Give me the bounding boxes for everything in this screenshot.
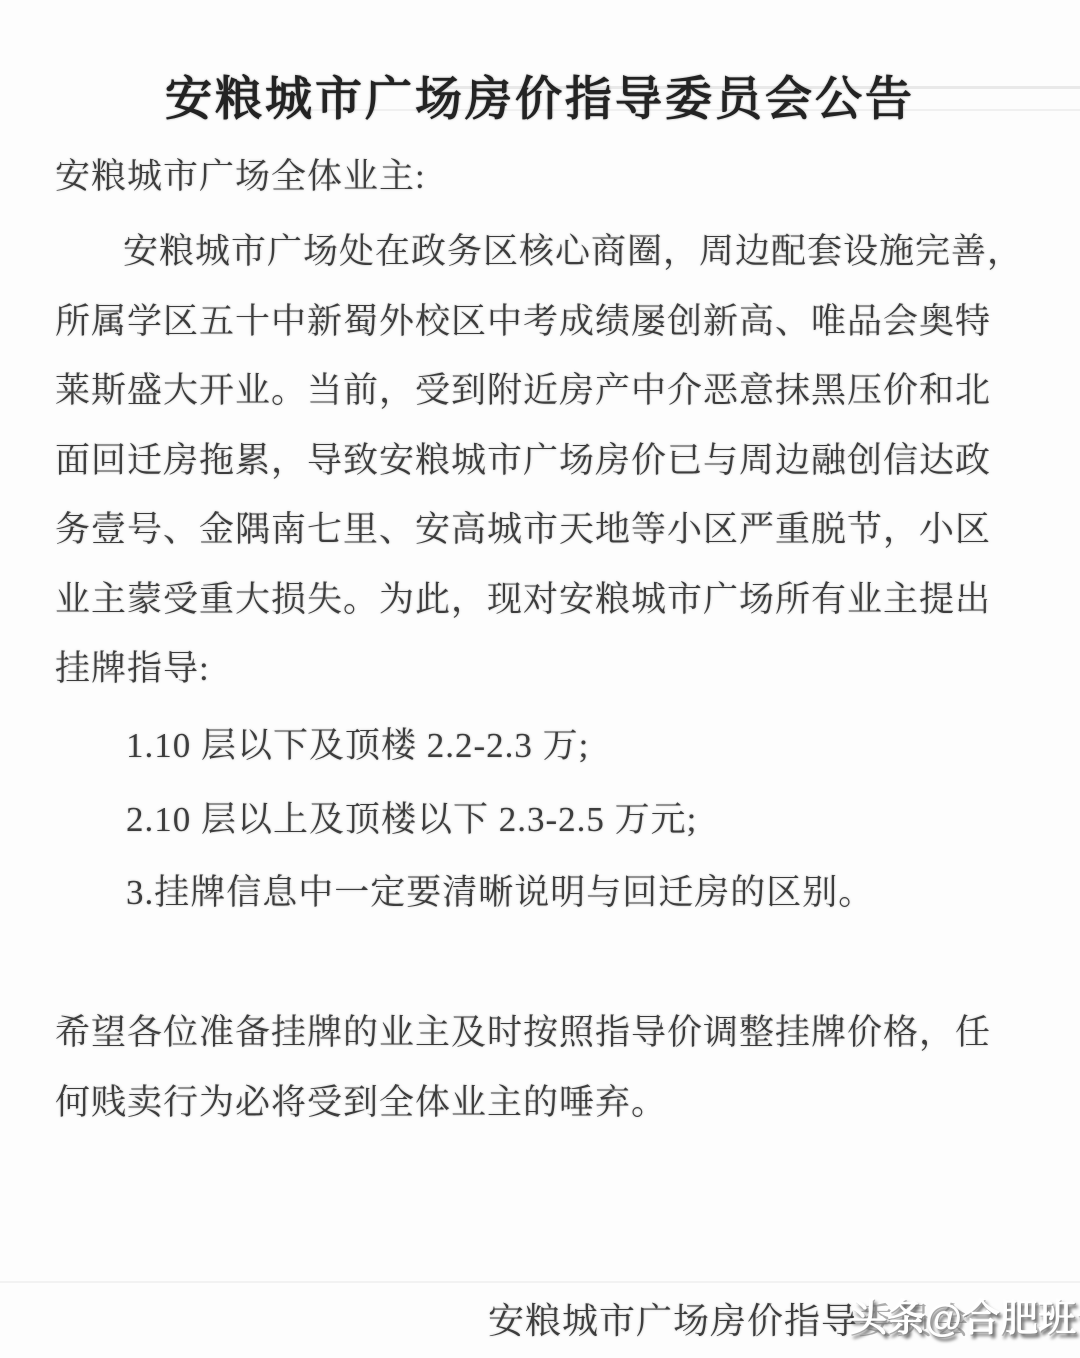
document-title: 安粮城市广场房价指导委员会公告 [0,62,1080,129]
scan-artifact-streak [0,1281,1080,1283]
guidance-item: 2.10 层以上及顶楼以下 2.3-2.5 万元; [126,799,697,841]
body-line: 安粮城市广场处在政务区核心商圈，周边配套设施完善， [123,231,1023,273]
body-line: 面回迁房拖累，导致安粮城市广场房价已与周边融创信达政 [55,440,991,482]
closing-line: 何贱卖行为必将受到全体业主的唾弃。 [55,1082,667,1124]
salutation: 安粮城市广场全体业主: [55,156,426,198]
body-line: 莱斯盛大开业。当前，受到附近房产中介恶意抹黑压价和北 [55,370,991,412]
toutiao-watermark: 头条@合肥班长 [849,1287,1080,1342]
body-line: 务壹号、金隅南七里、安高城市天地等小区严重脱节，小区 [55,509,991,551]
body-line: 挂牌指导: [55,648,210,690]
announcement-document: 安粮城市广场房价指导委员会公告 安粮城市广场全体业主: 安粮城市广场处在政务区核… [0,0,1080,1358]
closing-line: 希望各位准备挂牌的业主及时按照指导价调整挂牌价格，任 [55,1012,991,1054]
guidance-item: 1.10 层以下及顶楼 2.2-2.3 万; [126,725,589,767]
guidance-item: 3.挂牌信息中一定要清晰说明与回迁房的区别。 [126,872,874,914]
body-line: 所属学区五十中新蜀外校区中考成绩屡创新高、唯品会奥特 [55,301,991,343]
body-line: 业主蒙受重大损失。为此，现对安粮城市广场所有业主提出 [55,579,991,621]
signature-visible-text: 安粮城市广场房价指导 [488,1301,858,1341]
